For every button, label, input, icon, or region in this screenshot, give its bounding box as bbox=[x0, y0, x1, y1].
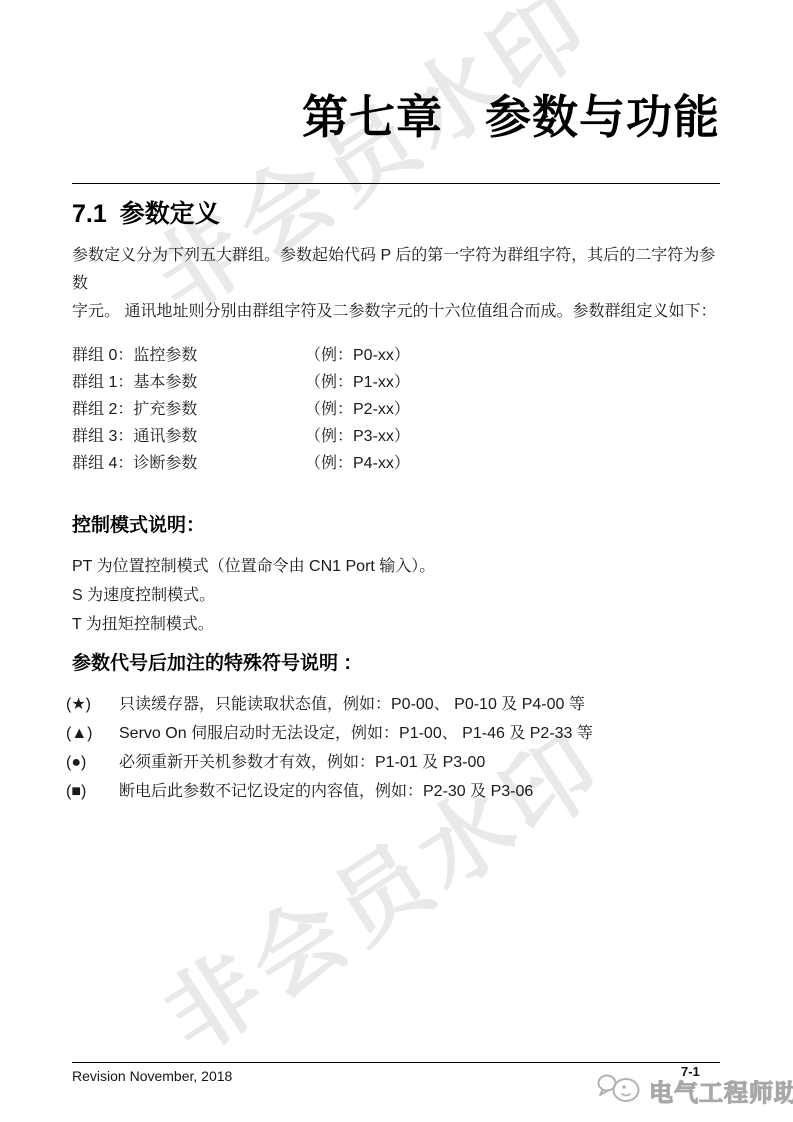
group-example: （例：P0-xx） bbox=[305, 342, 410, 369]
revision-text: Revision November, 2018 bbox=[72, 1068, 232, 1084]
intro-line-1: 参数定义分为下列五大群组。参数起始代码 P 后的第一字符为群组字符，其后的二字符… bbox=[72, 242, 720, 298]
group-row: 群组 1：基本参数 （例：P1-xx） bbox=[72, 369, 720, 396]
group-example: （例：P3-xx） bbox=[305, 423, 410, 450]
control-mode-item: PT 为位置控制模式（位置命令由 CN1 Port 输入）。 bbox=[72, 552, 720, 581]
symbol-mark: (★) bbox=[66, 690, 119, 719]
assistant-logo-icon bbox=[597, 1072, 641, 1109]
control-mode-item: S 为速度控制模式。 bbox=[72, 581, 720, 610]
group-row: 群组 4：诊断参数 （例：P4-xx） bbox=[72, 450, 720, 477]
symbol-text: Servo On 伺服启动时无法设定，例如：P1-00、 P1-46 及 P2-… bbox=[119, 719, 593, 748]
group-example: （例：P2-xx） bbox=[305, 396, 410, 423]
group-label: 群组 0：监控参数 bbox=[72, 342, 305, 369]
symbol-mark: (▲) bbox=[66, 719, 119, 748]
group-label: 群组 4：诊断参数 bbox=[72, 450, 305, 477]
assistant-logo-text: 电气工程师助手 bbox=[649, 1073, 793, 1108]
group-label: 群组 1：基本参数 bbox=[72, 369, 305, 396]
control-modes-heading: 控制模式说明： bbox=[72, 513, 720, 539]
page-number: 7-1 bbox=[681, 1064, 700, 1079]
chapter-title: 参数与功能 bbox=[485, 91, 720, 143]
section-title: 参数定义 bbox=[120, 200, 220, 228]
symbol-item: (★) 只读缓存器，只能读取状态值，例如：P0-00、 P0-10 及 P4-0… bbox=[66, 690, 720, 719]
symbol-item: (●) 必须重新开关机参数才有效，例如：P1-01 及 P3-00 bbox=[66, 748, 720, 777]
intro-paragraph: 参数定义分为下列五大群组。参数起始代码 P 后的第一字符为群组字符，其后的二字符… bbox=[72, 242, 720, 326]
chapter-label: 第七章 bbox=[302, 91, 443, 143]
group-label: 群组 2：扩充参数 bbox=[72, 396, 305, 423]
special-symbol-list: (★) 只读缓存器，只能读取状态值，例如：P0-00、 P0-10 及 P4-0… bbox=[72, 690, 720, 806]
group-label: 群组 3：通讯参数 bbox=[72, 423, 305, 450]
special-symbols-heading: 参数代号后加注的特殊符号说明 ： bbox=[72, 651, 720, 677]
page-content: 第七章参数与功能 7.1参数定义 参数定义分为下列五大群组。参数起始代码 P 后… bbox=[0, 0, 793, 806]
symbol-item: (▲) Servo On 伺服启动时无法设定，例如：P1-00、 P1-46 及… bbox=[66, 719, 720, 748]
footer-divider bbox=[72, 1062, 720, 1063]
chapter-heading: 第七章参数与功能 bbox=[72, 0, 720, 146]
group-row: 群组 2：扩充参数 （例：P2-xx） bbox=[72, 396, 720, 423]
symbol-text: 只读缓存器，只能读取状态值，例如：P0-00、 P0-10 及 P4-00 等 bbox=[119, 690, 585, 719]
group-example: （例：P4-xx） bbox=[305, 450, 410, 477]
document-page: 非会员水印 非会员水印 第七章参数与功能 7.1参数定义 参数定义分为下列五大群… bbox=[0, 0, 793, 1122]
symbol-mark: (●) bbox=[66, 748, 119, 777]
intro-line-2: 字元。 通讯地址则分别由群组字符及二参数字元的十六位值组合而成。参数群组定义如下… bbox=[72, 298, 720, 326]
group-row: 群组 0：监控参数 （例：P0-xx） bbox=[72, 342, 720, 369]
control-mode-list: PT 为位置控制模式（位置命令由 CN1 Port 输入）。 S 为速度控制模式… bbox=[72, 552, 720, 639]
symbol-item: (■) 断电后此参数不记忆设定的内容值，例如：P2-30 及 P3-06 bbox=[66, 777, 720, 806]
group-row: 群组 3：通讯参数 （例：P3-xx） bbox=[72, 423, 720, 450]
control-mode-item: T 为扭矩控制模式。 bbox=[72, 610, 720, 639]
symbol-mark: (■) bbox=[66, 777, 119, 806]
title-divider bbox=[72, 183, 720, 184]
group-list: 群组 0：监控参数 （例：P0-xx） 群组 1：基本参数 （例：P1-xx） … bbox=[72, 342, 720, 477]
symbol-text: 必须重新开关机参数才有效，例如：P1-01 及 P3-00 bbox=[119, 748, 485, 777]
group-example: （例：P1-xx） bbox=[305, 369, 410, 396]
symbol-text: 断电后此参数不记忆设定的内容值，例如：P2-30 及 P3-06 bbox=[119, 777, 533, 806]
section-number: 7.1 bbox=[72, 200, 107, 228]
section-heading: 7.1参数定义 bbox=[72, 197, 720, 231]
